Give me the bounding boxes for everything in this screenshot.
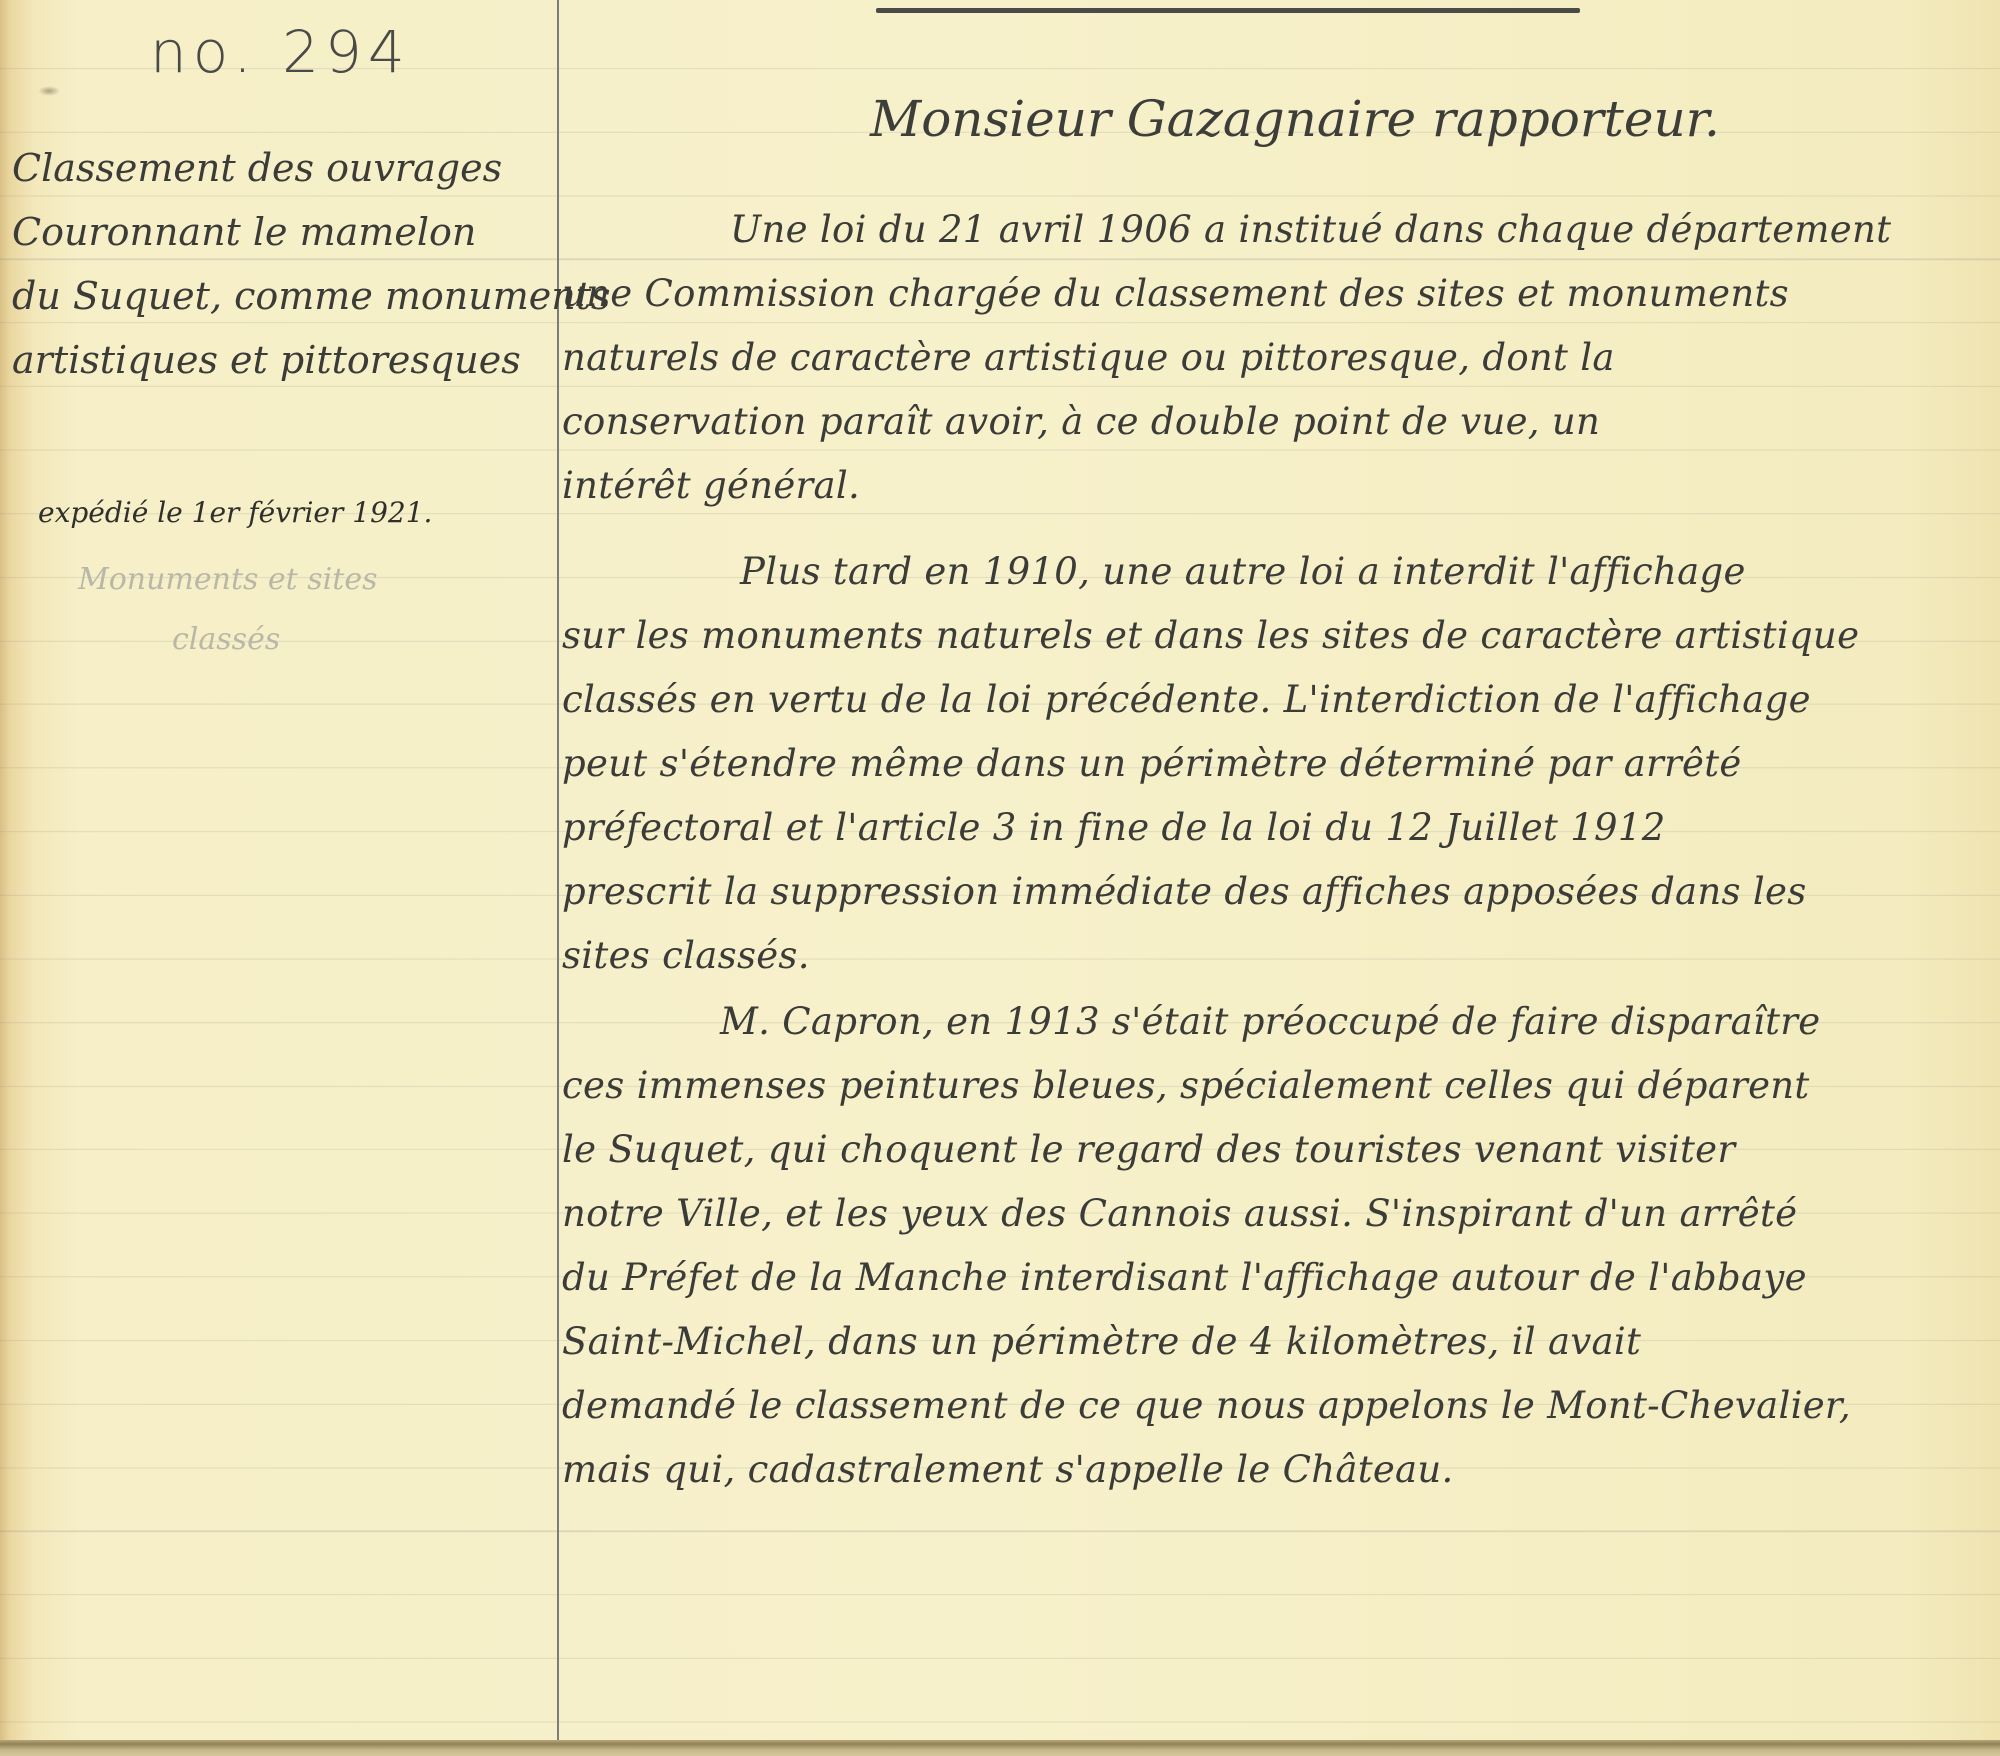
top-underline xyxy=(876,8,1580,13)
body-line: intérêt général. xyxy=(562,464,860,507)
body-line: M. Capron, en 1913 s'était préoccupé de … xyxy=(720,1000,1820,1043)
body-line: le Suquet, qui choquent le regard des to… xyxy=(562,1128,1735,1171)
register-page: no. 294 Classement des ouvrages Couronna… xyxy=(0,0,2000,1756)
rapporteur-heading: Monsieur Gazagnaire rapporteur. xyxy=(870,90,1720,148)
body-line: classés en vertu de la loi précédente. L… xyxy=(562,678,1811,721)
entry-number: no. 294 xyxy=(150,18,411,86)
body-line: conservation paraît avoir, à ce double p… xyxy=(562,400,1600,443)
pencil-note-line: Monuments et sites xyxy=(78,562,377,597)
body-line: une Commission chargée du classement des… xyxy=(562,272,1789,315)
body-line: naturels de caractère artistique ou pitt… xyxy=(562,336,1615,379)
pencil-note-line: classés xyxy=(172,622,280,657)
body-line: préfectoral et l'article 3 in fine de la… xyxy=(562,806,1666,849)
body-line: peut s'étendre même dans un périmètre dé… xyxy=(562,742,1742,785)
subject-line: Classement des ouvrages xyxy=(12,136,502,200)
body-line: sites classés. xyxy=(562,934,810,977)
body-line: demandé le classement de ce que nous app… xyxy=(562,1384,1851,1427)
body-line: ces immenses peintures bleues, spécialem… xyxy=(562,1064,1810,1107)
subject-line: du Suquet, comme monuments xyxy=(12,264,611,328)
ink-smudge xyxy=(38,86,60,96)
margin-divider xyxy=(557,0,559,1740)
body-line: Une loi du 21 avril 1906 a institué dans… xyxy=(730,208,1891,251)
body-line: Plus tard en 1910, une autre loi a inter… xyxy=(740,550,1746,593)
body-line: notre Ville, et les yeux des Cannois aus… xyxy=(562,1192,1797,1235)
body-line: prescrit la suppression immédiate des af… xyxy=(562,870,1807,913)
subject-line: Couronnant le mamelon xyxy=(12,200,476,264)
body-line: du Préfet de la Manche interdisant l'aff… xyxy=(562,1256,1807,1299)
subject-line: artistiques et pittoresques xyxy=(12,328,521,392)
body-line: mais qui, cadastralement s'appelle le Ch… xyxy=(562,1448,1454,1491)
sent-date-note: expédié le 1er février 1921. xyxy=(38,496,432,529)
page-bottom-edge xyxy=(0,1740,2000,1756)
body-line: sur les monuments naturels et dans les s… xyxy=(562,614,1859,657)
body-line: Saint-Michel, dans un périmètre de 4 kil… xyxy=(562,1320,1641,1363)
